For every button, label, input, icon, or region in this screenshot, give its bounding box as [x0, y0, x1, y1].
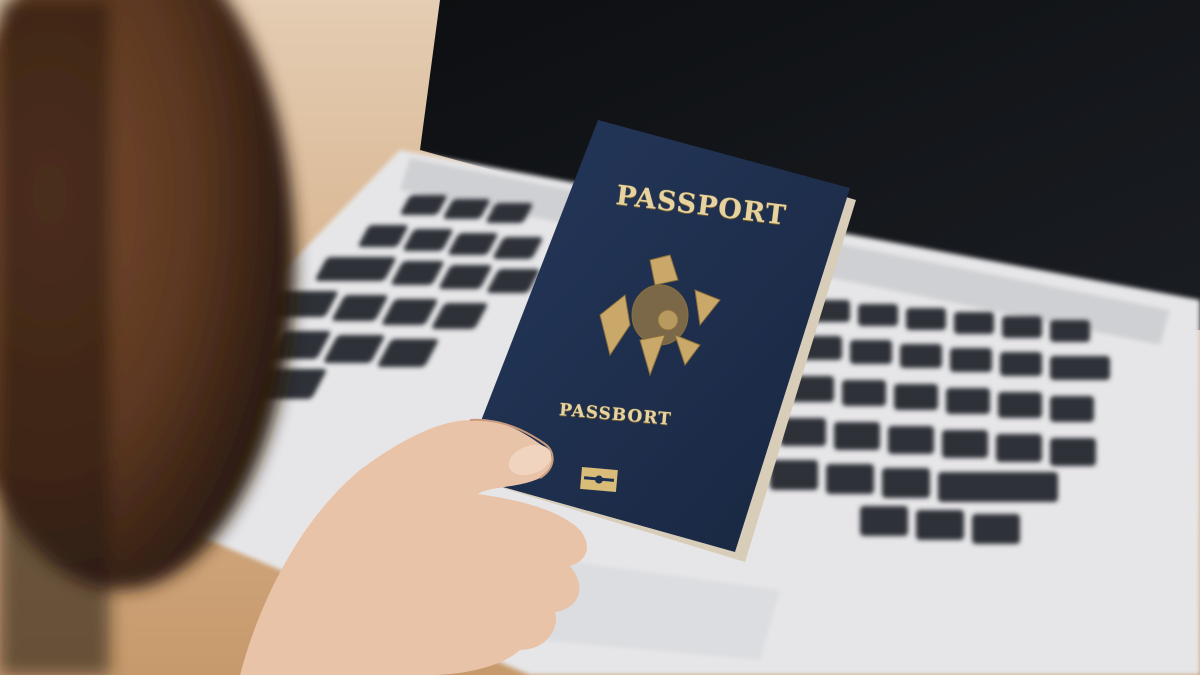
photo-scene: PASSPORT PASSBORT	[0, 0, 1200, 675]
chip-icon	[580, 467, 618, 492]
scene-illustration	[0, 0, 1200, 675]
person-head	[0, 0, 295, 675]
